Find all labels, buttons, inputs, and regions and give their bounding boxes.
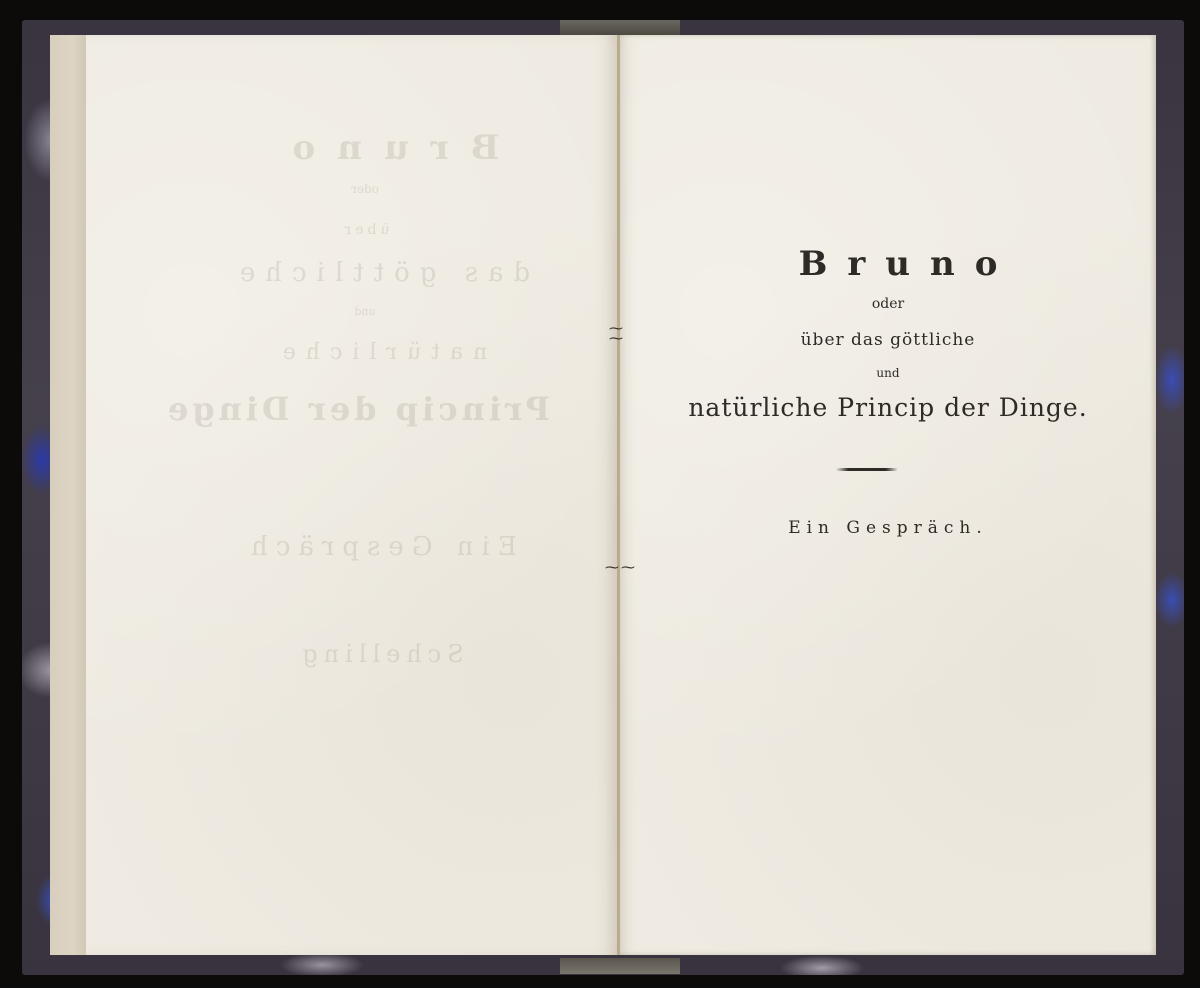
left-ghost-subtitle: Ein Gespräch <box>230 532 530 562</box>
left-ghost-natuerliche: natürliche <box>240 340 520 365</box>
line-ueber-das-goettliche: über das göttliche <box>620 330 1156 350</box>
subtitle-ein-gespraech: Ein Gespräch. <box>620 518 1156 538</box>
book-gutter <box>617 35 620 955</box>
spine-bottom <box>560 958 680 974</box>
left-ghost-ueber: über <box>300 222 430 238</box>
left-page <box>86 35 618 955</box>
right-page <box>620 35 1156 955</box>
line-und: und <box>620 366 1156 380</box>
title-bruno: Bruno <box>620 244 1176 284</box>
line-oder: oder <box>620 296 1156 312</box>
left-endpaper-edge <box>50 35 89 955</box>
left-ghost-und: und <box>300 305 430 318</box>
left-ghost-title: Bruno <box>250 128 520 168</box>
thread-stitch-lower: ⁓⁓ <box>603 563 639 573</box>
left-ghost-oder: oder <box>300 182 430 196</box>
left-ghost-goettliche: das göttliche <box>220 258 540 288</box>
left-ghost-name: Schelling <box>260 640 500 668</box>
line-natuerliche-princip: natürliche Princip der Dinge. <box>620 393 1156 422</box>
ornamental-rule <box>836 468 898 471</box>
left-ghost-princip: Princip der Dinge <box>190 390 550 428</box>
spine-top <box>560 20 680 36</box>
